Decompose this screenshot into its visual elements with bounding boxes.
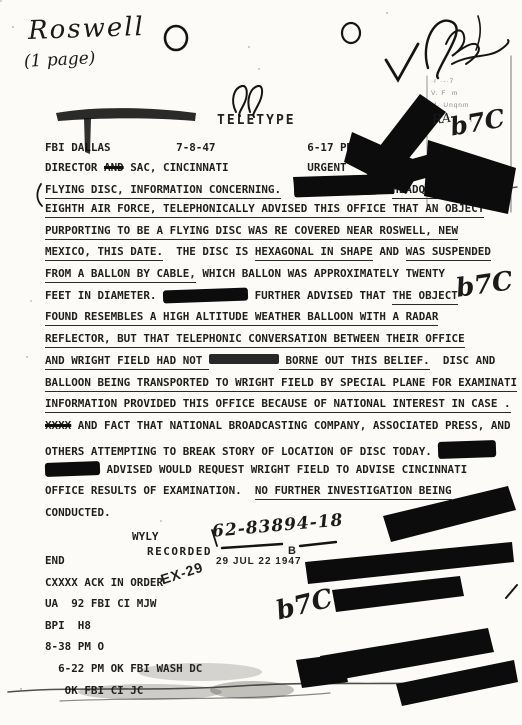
underlined-text: NO FURTHER INVESTIGATION BEING: [255, 484, 452, 500]
handwritten-b7c-exemption: b7C: [273, 584, 336, 627]
ink-smear: [56, 108, 196, 121]
doc-line: PURPORTING TO BE A FLYING DISC WAS RE CO…: [45, 224, 517, 246]
strikeout-smudge: [209, 354, 279, 364]
circle-mark: [342, 23, 360, 43]
text-segment: 8-38 PM O: [45, 640, 104, 653]
text-segment: AND: [373, 245, 406, 258]
ink-blot: [296, 654, 348, 688]
operator-initials: WYLY: [132, 530, 159, 543]
text-segment: [281, 183, 294, 196]
doc-line: FOUND RESEMBLES A HIGH ALTITUDE WEATHER …: [45, 310, 517, 332]
text-segment: OK FBI CI JC: [45, 684, 143, 697]
scanned-document-page: ·r ·-·7 V. F m M· Unqnm ·A ··· · ···my T…: [0, 0, 522, 725]
text-segment: CONDUCTED.: [45, 506, 111, 519]
text-segment: FURTHER ADVISED THAT: [248, 289, 392, 302]
recorded-stamp: RECORDED: [147, 545, 212, 558]
margin-mark: [37, 184, 42, 206]
dash-marks: [496, 187, 517, 190]
underlined-text: BALLOON BEING TRANSPORTED TO WRIGHT FIEL…: [45, 376, 517, 392]
text-segment: UA 92 FBI CI MJW: [45, 597, 156, 610]
text-segment: ADVISED WOULD REQUEST WRIGHT FIELD TO AD…: [100, 463, 467, 476]
redaction-bar: [438, 440, 497, 459]
underlined-text: INFORMATION PROVIDED THIS OFFICE BECAUSE…: [45, 397, 511, 413]
doc-line: BPI H8: [45, 619, 202, 641]
routing-stamp-faint-line: ·r ·-·7: [431, 78, 454, 85]
doc-line: INFORMATION PROVIDED THIS OFFICE BECAUSE…: [45, 397, 517, 419]
struck-text: XXXX: [45, 419, 71, 432]
underlined-text: FOUND RESEMBLES A HIGH ALTITUDE WEATHER …: [45, 310, 438, 326]
redaction-bar: [396, 660, 518, 706]
doc-line: FBI DALLAS 7-8-47 6-17 PM: [45, 141, 471, 161]
file-number-underline: [222, 542, 336, 548]
underlined-text: PURPORTING TO BE A FLYING DISC WAS RE CO…: [45, 224, 458, 240]
routing-stamp-faint-line: V. F m: [431, 90, 458, 97]
doc-line: EIGHTH AIR FORCE, TELEPHONICALLY ADVISED…: [45, 202, 517, 224]
pen-tick: [506, 585, 517, 598]
doc-line: BALLOON BEING TRANSPORTED TO WRIGHT FIEL…: [45, 376, 517, 398]
header-block: FBI DALLAS 7-8-47 6-17 PMDIRECTOR AND SA…: [45, 141, 471, 202]
underlined-text: AND WRIGHT FIELD HAD NOT: [45, 354, 209, 370]
doc-line: OK FBI CI JC: [45, 684, 202, 706]
text-segment: WHICH BALLON WAS APPROXIMATELY TWENTY: [196, 267, 445, 280]
text-segment: DISC AND: [430, 354, 496, 367]
routing-stamp-faint-line: M· Unqnm: [431, 102, 469, 109]
doc-line: FEET IN DIAMETER. FURTHER ADVISED THAT T…: [45, 289, 517, 311]
handwritten-page-count: (1 page): [24, 48, 96, 72]
pen-scribble: [452, 40, 509, 64]
text-segment: AND FACT THAT NATIONAL BROADCASTING COMP…: [71, 419, 510, 432]
text-segment: BPI H8: [45, 619, 91, 632]
redaction-bar: [163, 287, 248, 303]
handwritten-roswell-label: Roswell: [28, 12, 146, 46]
underlined-text: MEXICO, THIS DATE.: [45, 245, 163, 261]
underlined-text: FROM A BALLON BY CABLE,: [45, 267, 196, 283]
doc-line: XXXX AND FACT THAT NATIONAL BROADCASTING…: [45, 419, 517, 441]
paper-noise: [0, 0, 2, 2]
doc-line: FLYING DISC, INFORMATION CONCERNING. HEA…: [45, 181, 471, 201]
text-segment: 6-22 PM OK FBI WASH DC: [45, 662, 202, 675]
underlined-text: EIGHTH AIR FORCE, TELEPHONICALLY ADVISED…: [45, 202, 484, 218]
text-segment: OFFICE RESULTS OF EXAMINATION.: [45, 484, 255, 497]
date-stamp: 29 JUL 22 1947: [216, 556, 302, 567]
doc-line: MEXICO, THIS DATE. THE DISC IS HEXAGONAL…: [45, 245, 517, 267]
text-segment: END: [45, 554, 65, 567]
doc-line: AND WRIGHT FIELD HAD NOT BORNE OUT THIS …: [45, 354, 517, 376]
text-segment: [379, 183, 392, 196]
doc-line: ADVISED WOULD REQUEST WRIGHT FIELD TO AD…: [45, 462, 517, 484]
text-segment: FBI DALLAS 7-8-47 6-17 PM: [45, 141, 353, 154]
checkmark-scribble: [386, 44, 418, 80]
doc-line: OFFICE RESULTS OF EXAMINATION. NO FURTHE…: [45, 484, 517, 506]
doc-line: DIRECTOR AND SAC, CINCINNATI URGENT: [45, 161, 471, 181]
underlined-text: BORNE OUT THIS BELIEF.: [279, 354, 430, 370]
struck-text: AND: [104, 161, 124, 174]
teletype-heading: TELETYPE: [217, 113, 296, 128]
underlined-text: THE OBJECT: [392, 289, 458, 305]
pen-scribble: [476, 16, 480, 50]
underlined-text: WAS SUSPENDED: [406, 245, 491, 261]
underlined-text: FLYING DISC, INFORMATION CONCERNING.: [45, 183, 281, 199]
circle-mark: [165, 26, 187, 50]
text-segment: CXXXX ACK IN ORDER: [45, 576, 163, 589]
doc-line: REFLECTOR, BUT THAT TELEPHONIC CONVERSAT…: [45, 332, 517, 354]
doc-line: FROM A BALLON BY CABLE, WHICH BALLON WAS…: [45, 267, 517, 289]
text-segment: FEET IN DIAMETER.: [45, 289, 163, 302]
redaction-bar: [305, 542, 514, 584]
doc-line: 6-22 PM OK FBI WASH DC: [45, 662, 202, 684]
pen-scribble: [446, 30, 479, 64]
doc-line: 8-38 PM O: [45, 640, 202, 662]
text-segment: DIRECTOR: [45, 161, 104, 174]
handwritten-b7c-exemption: b7C: [448, 103, 507, 141]
message-body: EIGHTH AIR FORCE, TELEPHONICALLY ADVISED…: [45, 202, 517, 527]
text-segment: OTHERS ATTEMPTING TO BREAK STORY OF LOCA…: [45, 445, 438, 458]
pen-scribble: [426, 21, 457, 78]
text-segment: THE DISC IS: [163, 245, 255, 258]
doc-line: OTHERS ATTEMPTING TO BREAK STORY OF LOCA…: [45, 441, 517, 463]
redaction-bar: [45, 461, 100, 477]
doc-line: UA 92 FBI CI MJW: [45, 597, 202, 619]
underlined-text: HEXAGONAL IN SHAPE: [255, 245, 373, 261]
initials-scribble: [233, 86, 247, 116]
cc-handwritten-note: cc: Mr. J.: [405, 635, 468, 656]
redaction-bar: [294, 180, 379, 198]
redaction-bar: [332, 576, 464, 612]
underlined-text: REFLECTOR, BUT THAT TELEPHONIC CONVERSAT…: [45, 332, 465, 348]
text-segment: SAC, CINCINNATI URGENT: [124, 161, 347, 174]
smudge-blot: [210, 681, 294, 699]
underlined-text: HEADQUARTERS: [392, 183, 471, 199]
